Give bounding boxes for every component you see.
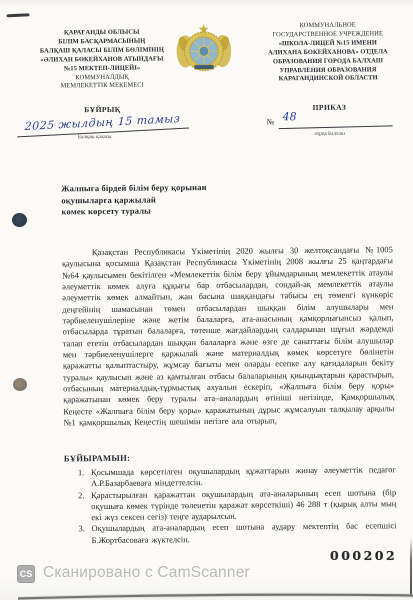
order-item-number: 2. bbox=[78, 490, 84, 501]
org-name-russian: КОММУНАЛЬНОЕ ГОСУДАРСТВЕННОЕ УЧРЕЖДЕНИЕ … bbox=[248, 21, 409, 85]
order-item-number: 3. bbox=[78, 524, 84, 535]
place-label-russian: город Балхаш bbox=[285, 130, 375, 137]
title-line: көмек көрсету туралы bbox=[61, 204, 301, 218]
page-edge-shadow bbox=[0, 588, 413, 600]
org-line: «ӘЛИХАН БӨКЕЙХАНОВ АТЫНДАҒЫ bbox=[24, 55, 180, 65]
number-underline bbox=[279, 125, 393, 129]
camscanner-icon: CS bbox=[17, 565, 35, 583]
hole-punch-top bbox=[12, 213, 27, 227]
hole-punch-bottom bbox=[13, 378, 27, 391]
place-label-kazakh: Балқаш қаласы bbox=[39, 134, 151, 141]
order-item-text: Оқушылардың ата-аналардың есеп шотына ау… bbox=[91, 521, 396, 545]
handwritten-number: 48 bbox=[282, 110, 296, 123]
org-line: МЕМЛЕКЕТТІК МЕКЕМЕСІ bbox=[24, 82, 180, 92]
order-item-number: 1. bbox=[78, 467, 84, 478]
org-line: АЛИХАНА БОКЕЙХАНОВА» ОТДЕЛА bbox=[248, 48, 408, 58]
page-edge-line bbox=[410, 538, 412, 594]
resolution-word: БҰЙЫРАМЫН: bbox=[64, 453, 131, 464]
document-title: Жалпыға бірдей білім беру қорынан оқушыл… bbox=[61, 181, 301, 218]
order-number-field: № 48 bbox=[266, 112, 392, 129]
order-item: 2. Қарастырылған қаражаттан оқушылардың … bbox=[78, 487, 396, 524]
number-sign: № bbox=[267, 117, 275, 126]
order-item: 1. Қосымшада көрсетілген оқушылардың құж… bbox=[78, 464, 396, 490]
order-item: 3. Оқушылардың ата-аналардың есеп шотына… bbox=[78, 521, 396, 547]
pen-mark bbox=[6, 13, 29, 17]
order-items-list: 1. Қосымшада көрсетілген оқушылардың құж… bbox=[78, 464, 397, 546]
order-heading-russian: ПРИКАЗ bbox=[250, 102, 408, 113]
body-paragraph: Қазақстан Республикасы Үкіметінің 2020 ж… bbox=[62, 244, 395, 429]
scanned-document-page: ҚАРАҒАНДЫ ОБЛЫСЫ БІЛІМ БАСҚАРМАСЫНЫҢ БАЛ… bbox=[0, 0, 413, 600]
document-content: ҚАРАҒАНДЫ ОБЛЫСЫ БІЛІМ БАСҚАРМАСЫНЫҢ БАЛ… bbox=[0, 0, 413, 600]
order-item-text: Қосымшада көрсетілген оқушылардың құжатт… bbox=[91, 464, 396, 488]
page-number-stamp: 000202 bbox=[330, 548, 397, 563]
org-name-kazakh: ҚАРАҒАНДЫ ОБЛЫСЫ БІЛІМ БАСҚАРМАСЫНЫҢ БАЛ… bbox=[24, 28, 181, 92]
camscanner-watermark: Сканировано с CamScanner bbox=[43, 564, 250, 582]
order-item-text: Қарастырылған қаражаттан оқушылардың ата… bbox=[91, 487, 396, 523]
org-line: КАРАГАНДИНСКОЙ ОБЛАСТИ bbox=[248, 74, 408, 84]
kazakhstan-coat-of-arms-icon bbox=[173, 17, 236, 84]
